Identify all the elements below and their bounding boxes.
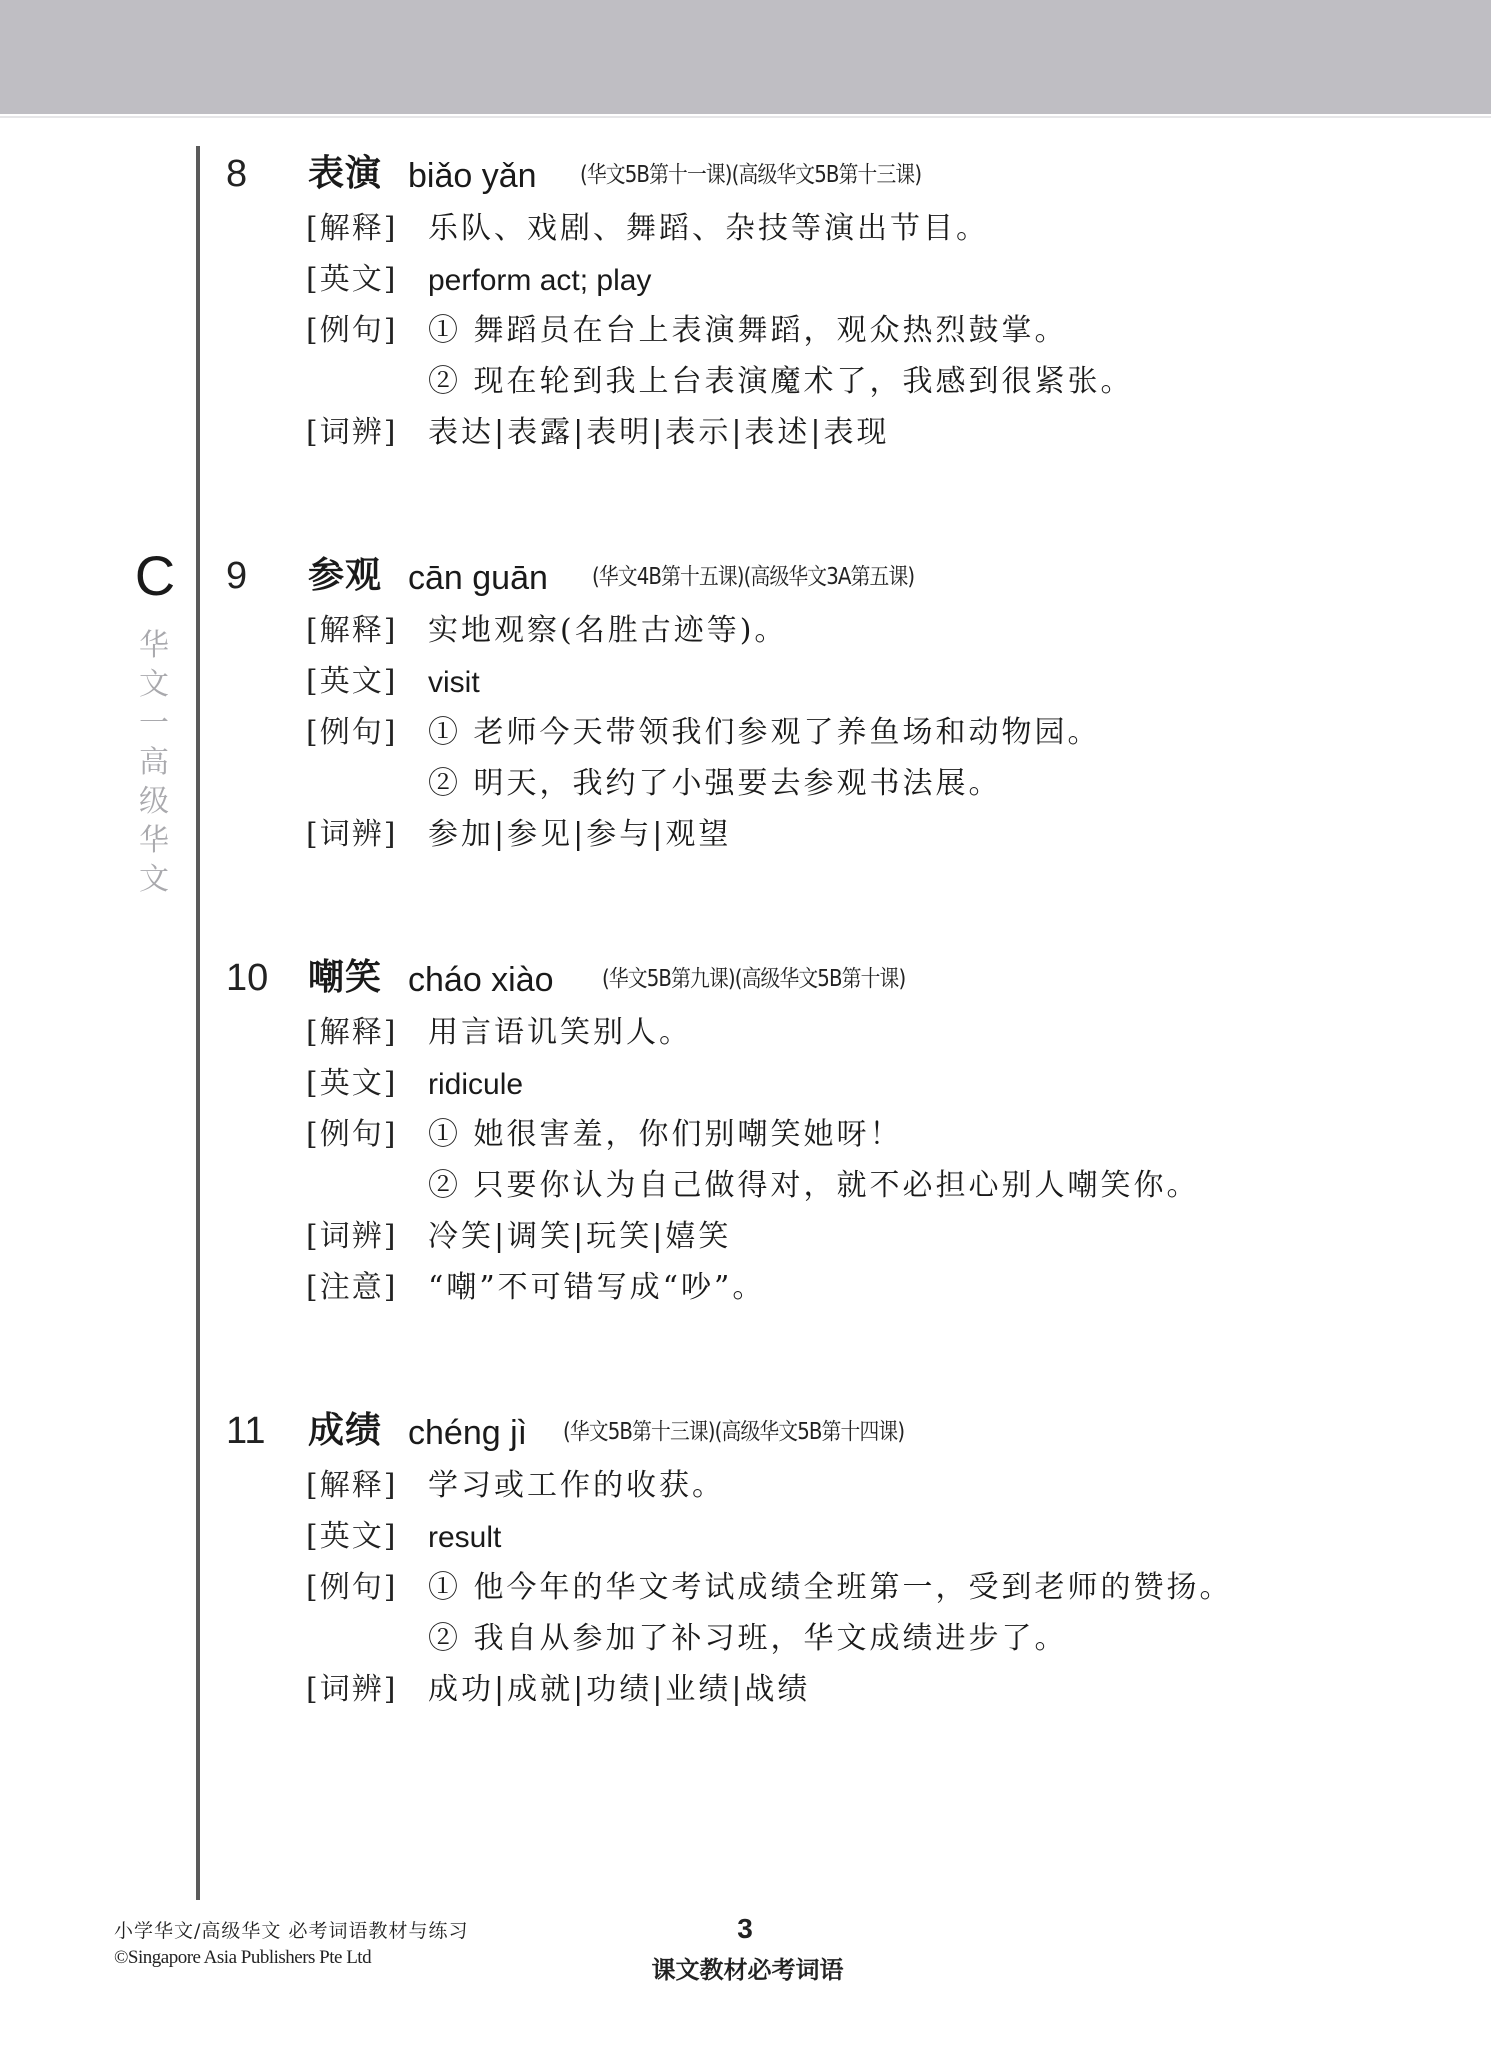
pinyin: chéng jì bbox=[408, 1413, 527, 1453]
top-banner bbox=[0, 0, 1491, 114]
distinguish-label: [词辨] bbox=[306, 1217, 397, 1257]
side-label-char: 高 bbox=[139, 743, 169, 782]
distinguish-text: 参加|参见|参与|观望 bbox=[428, 815, 731, 855]
english-text: perform act; play bbox=[428, 261, 651, 301]
lesson-refs: (华文5B第十三课)(高级华文5B第十四课) bbox=[563, 1417, 904, 1447]
footer-book-title: 小学华文/高级华文 必考词语教材与练习 bbox=[114, 1918, 468, 1944]
english-text: ridicule bbox=[428, 1065, 523, 1105]
side-label-char: 文 bbox=[139, 860, 169, 899]
explain-label: [解释] bbox=[306, 209, 397, 249]
distinguish-text: 冷笑|调笑|玩笑|嬉笑 bbox=[428, 1217, 731, 1257]
examples-label: [例句] bbox=[306, 1568, 397, 1608]
example-sentence-1: ① 老师今天带领我们参观了养鱼场和动物园。 bbox=[428, 713, 1101, 753]
note-text: “嘲”不可错写成“吵”。 bbox=[428, 1268, 765, 1308]
example-sentence-1: ① 舞蹈员在台上表演舞蹈，观众热烈鼓掌。 bbox=[428, 311, 1068, 351]
headword: 表演 bbox=[308, 154, 382, 194]
pinyin: biǎo yǎn bbox=[408, 156, 537, 196]
example-sentence-1: ① 她很害羞，你们别嘲笑她呀！ bbox=[428, 1115, 903, 1155]
footer-section-title: 课文教材必考词语 bbox=[640, 1952, 855, 1988]
english-label: [英文] bbox=[306, 1517, 397, 1557]
example-sentence-2: ② 现在轮到我上台表演魔术了，我感到很紧张。 bbox=[428, 362, 1134, 402]
pinyin: cān guān bbox=[408, 558, 548, 598]
explain-text: 实地观察(名胜古迹等)。 bbox=[428, 611, 787, 651]
headword: 成绩 bbox=[308, 1411, 382, 1451]
examples-label: [例句] bbox=[306, 1115, 397, 1155]
lesson-refs: (华文5B第九课)(高级华文5B第十课) bbox=[602, 964, 905, 994]
english-label: [英文] bbox=[306, 1064, 397, 1104]
section-letter: C bbox=[132, 548, 178, 604]
distinguish-label: [词辨] bbox=[306, 1670, 397, 1710]
distinguish-text: 成功|成就|功绩|业绩|战绩 bbox=[428, 1670, 810, 1710]
explain-label: [解释] bbox=[306, 611, 397, 651]
english-label: [英文] bbox=[306, 260, 397, 300]
entry-number: 8 bbox=[226, 154, 247, 194]
distinguish-label: [词辨] bbox=[306, 413, 397, 453]
english-text: visit bbox=[428, 663, 480, 703]
lesson-refs: (华文4B第十五课)(高级华文3A第五课) bbox=[592, 562, 914, 592]
pinyin: cháo xiào bbox=[408, 960, 554, 1000]
page-number: 3 bbox=[720, 1912, 770, 1946]
lesson-refs: (华文5B第十一课)(高级华文5B第十三课) bbox=[580, 160, 921, 190]
examples-label: [例句] bbox=[306, 713, 397, 753]
explain-label: [解释] bbox=[306, 1466, 397, 1506]
entry-number: 10 bbox=[226, 958, 268, 998]
banner-divider bbox=[0, 116, 1491, 118]
example-sentence-2: ② 明天，我约了小强要去参观书法展。 bbox=[428, 764, 1002, 804]
note-label: [注意] bbox=[306, 1268, 397, 1308]
example-sentence-1: ① 他今年的华文考试成绩全班第一，受到老师的赞扬。 bbox=[428, 1568, 1233, 1608]
explain-label: [解释] bbox=[306, 1013, 397, 1053]
side-label-char: 华 bbox=[139, 821, 169, 860]
example-sentence-2: ② 只要你认为自己做得对，就不必担心别人嘲笑你。 bbox=[428, 1166, 1200, 1206]
side-label-char: 级 bbox=[139, 782, 169, 821]
margin-rule bbox=[196, 146, 200, 1900]
english-label: [英文] bbox=[306, 662, 397, 702]
distinguish-text: 表达|表露|表明|表示|表述|表现 bbox=[428, 413, 890, 453]
distinguish-label: [词辨] bbox=[306, 815, 397, 855]
explain-text: 乐队、戏剧、舞蹈、杂技等演出节目。 bbox=[428, 209, 989, 249]
examples-label: [例句] bbox=[306, 311, 397, 351]
explain-text: 用言语讥笑别人。 bbox=[428, 1013, 692, 1053]
side-label-char: 一 bbox=[139, 704, 169, 743]
headword: 参观 bbox=[308, 556, 382, 596]
side-label-char: 华 bbox=[139, 626, 169, 665]
entry-number: 11 bbox=[226, 1411, 265, 1451]
english-text: result bbox=[428, 1518, 501, 1558]
side-vertical-label: 华 文 一 高 级 华 文 bbox=[134, 626, 174, 899]
headword: 嘲笑 bbox=[308, 958, 382, 998]
explain-text: 学习或工作的收获。 bbox=[428, 1466, 725, 1506]
side-label-char: 文 bbox=[139, 665, 169, 704]
example-sentence-2: ② 我自从参加了补习班，华文成绩进步了。 bbox=[428, 1619, 1068, 1659]
entry-number: 9 bbox=[226, 556, 247, 596]
footer-copyright: ©Singapore Asia Publishers Pte Ltd bbox=[114, 1945, 371, 1971]
